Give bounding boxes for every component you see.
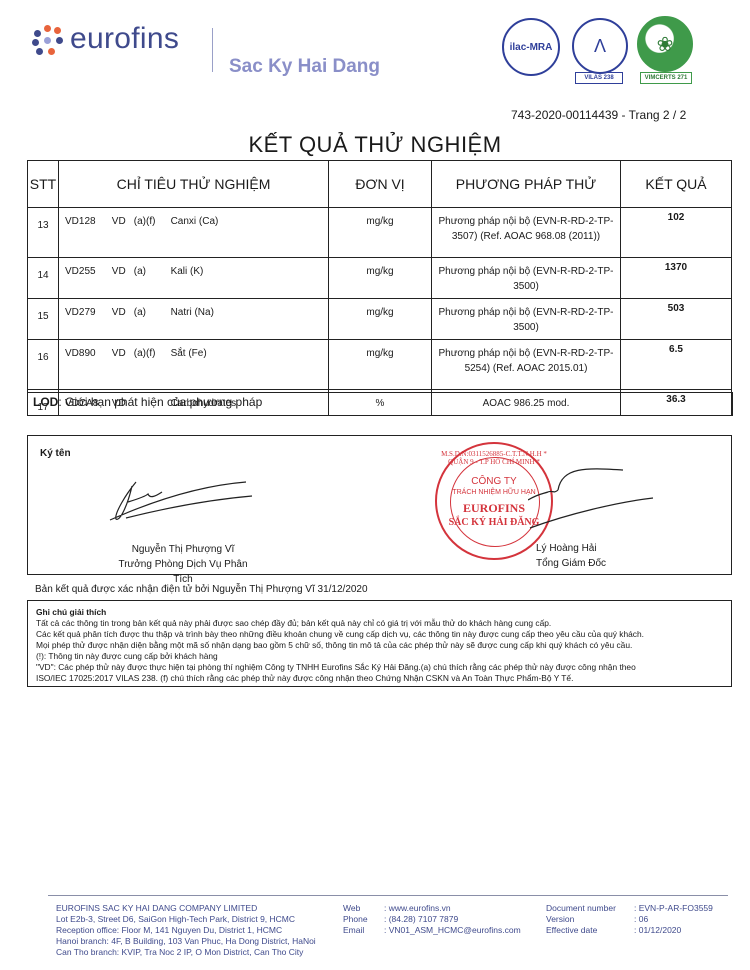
signature-2-icon (528, 464, 658, 534)
company-name: EUROFINS SAC KY HAI DANG COMPANY LIMITED (56, 903, 316, 914)
lab-code: VD (112, 348, 134, 359)
row-method: Phương pháp nội bộ (EVN-R-RD-2-TP-3500) (432, 299, 621, 340)
row-stt: 13 (28, 208, 59, 258)
col-result: KẾT QUẢ (621, 161, 732, 208)
table-row: 16VD890 VD(a)(f) Sắt (Fe)mg/kgPhương phá… (28, 340, 732, 390)
row-stt: 14 (28, 258, 59, 299)
brand-subsidiary: Sac Ky Hai Dang (229, 56, 380, 78)
version-value: : 06 (634, 914, 713, 925)
footer-address: EUROFINS SAC KY HAI DANG COMPANY LIMITED… (56, 903, 316, 958)
brand-divider (212, 28, 213, 72)
brand-name: eurofins (70, 22, 179, 56)
vilas-label: VILAS 238 (575, 72, 623, 84)
row-unit: mg/kg (329, 208, 432, 258)
signer-2-name: Lý Hoàng Hải (536, 541, 606, 556)
vimcerts-label: VIMCERTS 271 (640, 72, 692, 84)
note-line: (!): Thông tin này được cung cấp bởi khá… (36, 651, 723, 662)
footer-contact-labels: Web Phone Email (343, 903, 368, 936)
accreditation-flags: (a)(f) (134, 348, 168, 359)
test-code: VD255 (65, 266, 109, 277)
table-row: 13VD128 VD(a)(f) Canxi (Ca)mg/kgPhương p… (28, 208, 732, 258)
col-method: PHƯƠNG PHÁP THỬ (432, 161, 621, 208)
note-line: ISO/IEC 17025:2017 VILAS 238. (f) chú th… (36, 673, 723, 684)
col-unit: ĐƠN VỊ (329, 161, 432, 208)
row-unit: mg/kg (329, 258, 432, 299)
test-code: VD890 (65, 348, 109, 359)
footer-document-labels: Document number Version Effective date (546, 903, 616, 936)
explanatory-notes: Ghi chú giải thích Tất cả các thông tin … (27, 600, 732, 687)
footer-contact-values: : www.eurofins.vn : (84.28) 7107 7879 : … (384, 903, 521, 936)
test-code: VD279 (65, 307, 109, 318)
row-parameter: VD128 VD(a)(f) Canxi (Ca) (59, 208, 329, 258)
lab-code: VD (112, 266, 134, 277)
parameter-name: Canxi (Ca) (171, 216, 219, 227)
col-parameter: CHỈ TIÊU THỬ NGHIỆM (59, 161, 329, 208)
web-link[interactable]: : www.eurofins.vn (384, 903, 521, 914)
document-reference: 743-2020-00114439 - Trang 2 / 2 (511, 108, 686, 122)
notes-title: Ghi chú giải thích (36, 607, 723, 618)
parameter-name: Natri (Na) (171, 307, 214, 318)
table-row: 15VD279 VD(a) Natri (Na)mg/kgPhương pháp… (28, 299, 732, 340)
row-result: 1370 (621, 258, 732, 299)
signer-1-name: Nguyễn Thị Phượng Vĩ (108, 542, 258, 557)
footer-document-values: : EVN-P-AR-FO3559 : 06 : 01/12/2020 (634, 903, 713, 936)
lab-code: VD (112, 216, 134, 227)
signer-2-title: Tổng Giám Đốc (536, 556, 606, 571)
address-line: Hanoi branch: 4F, B Building, 103 Van Ph… (56, 936, 316, 947)
parameter-name: Kali (K) (171, 266, 204, 277)
document-number-label: Document number (546, 903, 616, 914)
accreditation-flags: (a) (134, 266, 168, 277)
accreditation-badge-icon: Λ (572, 18, 628, 74)
signer-2: Lý Hoàng Hải Tổng Giám Đốc (536, 541, 606, 571)
document-number-value: : EVN-P-AR-FO3559 (634, 903, 713, 914)
address-line: Can Tho branch: KVIP, Tra Noc 2 IP, O Mo… (56, 947, 316, 958)
web-label: Web (343, 903, 368, 914)
version-label: Version (546, 914, 616, 925)
signature-1-icon (106, 474, 256, 524)
ilac-mra-badge-icon: ilac-MRA (502, 18, 560, 76)
note-line: "VD": Các phép thử này được thực hiện tạ… (36, 662, 723, 673)
note-line: Tất cả các thông tin trong bản kết quả n… (36, 618, 723, 629)
effective-date-label: Effective date (546, 925, 616, 936)
signer-1: Nguyễn Thị Phượng Vĩ Trưởng Phòng Dịch V… (108, 542, 258, 587)
page-title: KẾT QUẢ THỬ NGHIỆM (0, 132, 750, 158)
col-stt: STT (28, 161, 59, 208)
email-label: Email (343, 925, 368, 936)
email-link[interactable]: : VN01_ASM_HCMC@eurofins.com (384, 925, 521, 936)
row-method: Phương pháp nội bộ (EVN-R-RD-2-TP-3500) (432, 258, 621, 299)
phone-value: : (84.28) 7107 7879 (384, 914, 521, 925)
footer-divider (48, 895, 728, 896)
test-code: VD128 (65, 216, 109, 227)
row-parameter: VD255 VD(a) Kali (K) (59, 258, 329, 299)
electronic-confirmation: Bản kết quả được xác nhận điện tử bởi Ng… (35, 584, 368, 595)
row-method: Phương pháp nội bộ (EVN-R-RD-2-TP-3507) … (432, 208, 621, 258)
lod-text: : Giới hạn phát hiện của phương pháp (58, 395, 262, 409)
row-stt: 15 (28, 299, 59, 340)
lod-label: LOD (33, 395, 58, 409)
lab-code: VD (112, 307, 134, 318)
parameter-name: Sắt (Fe) (171, 348, 207, 359)
address-line: Lot E2b-3, Street D6, SaiGon High-Tech P… (56, 914, 316, 925)
note-line: Các kết quả phân tích được thu thập và t… (36, 629, 723, 640)
note-line: Mọi phép thử được nhận diện bằng một mã … (36, 640, 723, 651)
signature-label: Ký tên (40, 448, 71, 459)
signer-1-title: Trưởng Phòng Dịch Vụ Phân Tích (108, 557, 258, 587)
vimcerts-badge-icon: ❀ (637, 16, 693, 72)
table-row: 14VD255 VD(a) Kali (K)mg/kgPhương pháp n… (28, 258, 732, 299)
row-unit: mg/kg (329, 299, 432, 340)
row-unit: mg/kg (329, 340, 432, 390)
row-parameter: VD890 VD(a)(f) Sắt (Fe) (59, 340, 329, 390)
phone-label: Phone (343, 914, 368, 925)
row-parameter: VD279 VD(a) Natri (Na) (59, 299, 329, 340)
row-stt: 16 (28, 340, 59, 390)
row-result: 102 (621, 208, 732, 258)
row-method: Phương pháp nội bộ (EVN-R-RD-2-TP-5254) … (432, 340, 621, 390)
lod-note: LOD: Giới hạn phát hiện của phương pháp (27, 392, 733, 416)
row-result: 6.5 (621, 340, 732, 390)
accreditation-flags: (a) (134, 307, 168, 318)
eurofins-logo-icon (32, 25, 64, 55)
row-result: 503 (621, 299, 732, 340)
effective-date-value: : 01/12/2020 (634, 925, 713, 936)
address-line: Reception office: Floor M, 141 Nguyen Du… (56, 925, 316, 936)
table-header-row: STT CHỈ TIÊU THỬ NGHIỆM ĐƠN VỊ PHƯƠNG PH… (28, 161, 732, 208)
results-table: STT CHỈ TIÊU THỬ NGHIỆM ĐƠN VỊ PHƯƠNG PH… (27, 160, 732, 416)
accreditation-flags: (a)(f) (134, 216, 168, 227)
signature-box: Ký tên Nguyễn Thị Phượng Vĩ Trưởng Phòng… (27, 435, 732, 575)
